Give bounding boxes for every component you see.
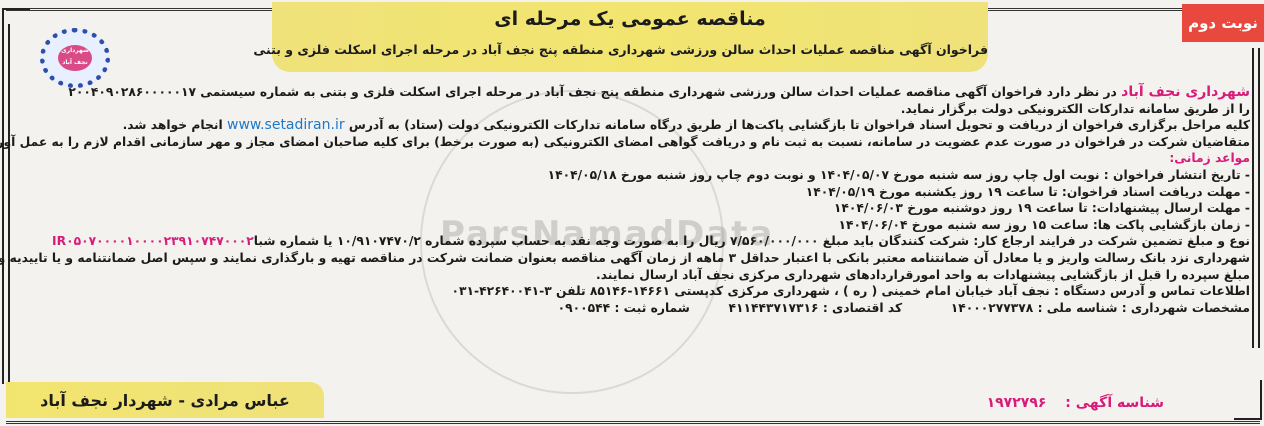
economic-code: ۴۱۱۴۴۳۷۱۷۳۱۶ [728, 301, 818, 315]
title-band: مناقصه عمومی یک مرحله ای فراخوان آگهی من… [272, 2, 988, 72]
national-id: ۱۴۰۰۰۲۷۷۳۷۸ [951, 301, 1034, 315]
deadline-item: - مهلت دریافت اسناد فراخوان: تا ساعت ۱۹ … [12, 184, 1250, 201]
municipality-logo-icon: شهرداری نجف آباد [40, 28, 110, 88]
guarantee-line: شهرداری نزد بانک رسالت واریز و یا معادل … [12, 250, 1250, 267]
intro-line: را از طریق سامانه تدارکات الکترونیکی دول… [12, 101, 1250, 118]
publication-round-badge: نوبت دوم [1182, 4, 1264, 42]
page-title: مناقصه عمومی یک مرحله ای [272, 8, 988, 30]
contact-info: اطلاعات تماس و آدرس دستگاه : نجف آباد خی… [12, 283, 1250, 300]
municipality-specs: مشخصات شهرداری : شناسه ملی : ۱۴۰۰۰۲۷۷۳۷۸… [12, 300, 1250, 317]
guarantee-line: مبلغ سپرده را قبل از بازگشایی پیشنهادات … [12, 267, 1250, 284]
notice-body: شهرداری نجف آباد در نظر دارد فراخوان آگه… [12, 84, 1250, 316]
deadline-item: - مهلت ارسال پیشنهادات: تا ساعت ۱۹ روز د… [12, 200, 1250, 217]
organization-name: شهرداری نجف آباد [1121, 84, 1250, 100]
intro-line: کلیه مراحل برگزاری فراخوان از دریافت و ت… [12, 117, 1250, 134]
intro-line: متقاضیان شرکت در فراخوان در صورت عدم عضو… [12, 134, 1250, 151]
ad-id: شناسه آگهی : ۱۹۷۲۷۹۶ [987, 395, 1164, 411]
deadlines-heading: مواعد زمانی: [12, 150, 1250, 167]
page-subtitle: فراخوان آگهی مناقصه عملیات احداث سالن ور… [272, 42, 988, 57]
registration-number: ۰۹۰۰۵۴۴ [558, 301, 611, 315]
frame-corner-ornament [1234, 380, 1262, 420]
deadline-item: - تاریخ انتشار فراخوان : نوبت اول چاپ رو… [12, 167, 1250, 184]
guarantee-line: نوع و مبلغ تضمین شرکت در فرایند ارجاع کا… [12, 233, 1250, 250]
logo-text: شهرداری نجف آباد [58, 45, 92, 71]
ad-id-value: ۱۹۷۲۷۹۶ [987, 395, 1047, 411]
signature: عباس مرادی - شهردار نجف آباد [6, 382, 324, 418]
deadline-item: - زمان بازگشایی پاکت ها: ساعت ۱۵ روز سه … [12, 217, 1250, 234]
frame-side-rule [2, 24, 10, 384]
intro-line: شهرداری نجف آباد در نظر دارد فراخوان آگه… [12, 84, 1250, 101]
ad-id-label: شناسه آگهی : [1065, 395, 1164, 411]
setadiran-link[interactable]: www.setadiran.ir [227, 117, 345, 133]
frame-side-rule [1252, 48, 1260, 348]
sheba-number: IR۰۵۰۷۰۰۰۰۱۰۰۰۰۲۳۹۱۰۷۴۷۰۰۰۲ [52, 234, 254, 248]
